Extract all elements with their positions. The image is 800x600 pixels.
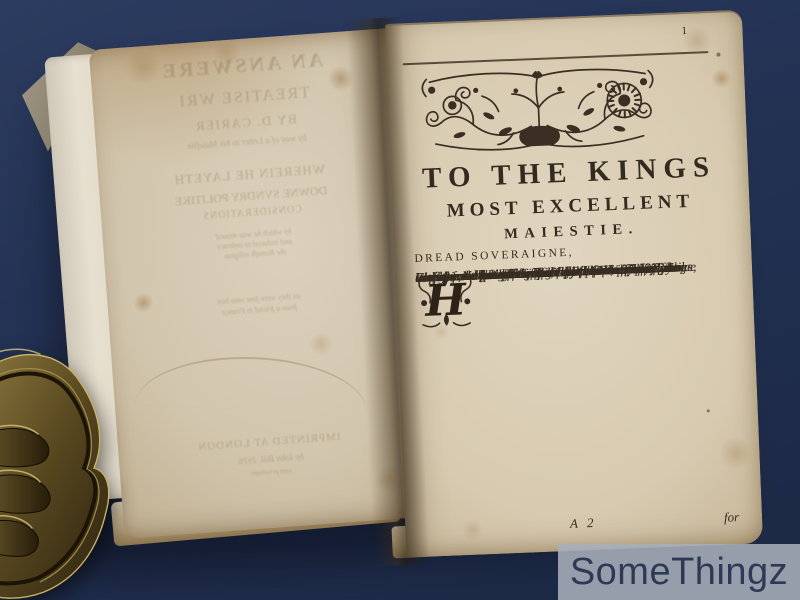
foxing-spot	[461, 518, 484, 541]
foxing-spot	[308, 331, 334, 357]
dedication-body-text: H AD this Letter of Dr. Carier beene imp…	[415, 257, 740, 521]
rosette-wheel	[607, 83, 642, 118]
watermark-badge: SomeThingz	[558, 544, 800, 600]
signature-mark: A 2	[570, 515, 597, 532]
salutation: DREAD SOVERAIGNE,	[414, 247, 574, 265]
woodcut-headpiece	[411, 61, 666, 157]
dedication-title-line1: TO THE KINGS	[401, 150, 738, 196]
photo-of-antique-book: AN ANSWERE TREATISE WRI BY D. CARIER by …	[0, 0, 800, 600]
catchword: for	[724, 509, 740, 526]
brass-hand-object	[0, 320, 118, 600]
right-page: 1	[385, 10, 763, 558]
watermark-label: SomeThingz	[570, 551, 788, 594]
paper-crease	[135, 353, 369, 412]
ink-fleck	[716, 53, 720, 57]
foxing-spot	[718, 436, 753, 471]
foxing-spot	[711, 68, 732, 89]
